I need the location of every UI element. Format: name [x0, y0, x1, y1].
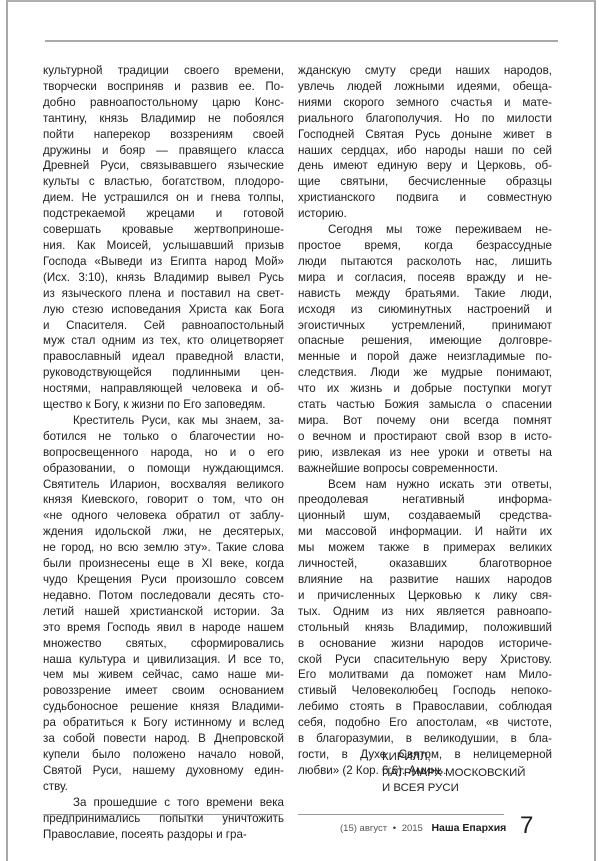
- text-line: рию, извлекая из нее уроки и ответы на: [298, 445, 552, 461]
- magazine-title: Наша Епархия: [431, 822, 506, 834]
- text-line: ботился не только о благочестии но-: [43, 429, 284, 445]
- text-line: Господней Святая Русь доныне живет в: [298, 127, 552, 143]
- text-line: (Исх. 3:10), князь Владимир вывел Русь: [43, 270, 284, 286]
- text-line: наша культура и цивилизация. И все то,: [43, 652, 284, 668]
- text-line: важнейшие вопросы современности.: [298, 461, 552, 477]
- text-line: творчески восприняв и развив ее. По-: [43, 79, 284, 95]
- text-line: летий нашей христианской истории. За: [43, 604, 284, 620]
- text-line: христианского подвига и совместную: [298, 190, 552, 206]
- text-line: руководствующейся подлинными цен-: [43, 365, 284, 381]
- text-line: ниями скорого земного счастья и мате-: [298, 95, 552, 111]
- text-line: ми массовой информации. И найти их: [298, 524, 552, 540]
- paragraph: культурной традиции своего времени,творч…: [43, 63, 284, 413]
- text-line: чем мы живем сейчас, само наше ми-: [43, 667, 284, 683]
- text-line: ционный шум, создаваемый средства-: [298, 508, 552, 524]
- footer-year: 2015: [402, 823, 423, 834]
- text-line: предпринимались попытки уничтожить: [43, 811, 284, 827]
- text-line: Всем нам нужно искать эти ответы,: [298, 477, 552, 493]
- text-line: исходя из сиюминутных настроений и: [298, 302, 552, 318]
- text-line: щие святыни, бесчисленные образцы: [298, 174, 552, 190]
- text-line: ству.: [43, 779, 284, 795]
- text-line: ской Руси спасительную веру Христову.: [298, 652, 552, 668]
- text-line: личностей, оказавших благотворное: [298, 556, 552, 572]
- text-line: ровоззрение имеет своим основанием: [43, 683, 284, 699]
- text-line: лую стезю исповедания Христа как Бога: [43, 302, 284, 318]
- signature-region: И ВСЕЯ РУСИ: [382, 781, 525, 797]
- left-column: культурной традиции своего времени,творч…: [43, 63, 284, 842]
- text-line: за собой повести народ. В Днепровской: [43, 731, 284, 747]
- text-line: культурной традиции своего времени,: [43, 63, 284, 79]
- text-line: ния. Как Моисей, услышавший призыв: [43, 238, 284, 254]
- right-column: жданскую смуту среди наших народов,увлеч…: [298, 63, 552, 779]
- text-line: Святой Руси, нашему духовному един-: [43, 763, 284, 779]
- text-line: Православие, посеять раздоры и гра-: [43, 827, 284, 843]
- bottom-rule-left: [43, 814, 283, 815]
- footer-issue: (15) август: [340, 823, 387, 834]
- signature-block: КИРИЛЛ, ПАТРИАРХ МОСКОВСКИЙ И ВСЕЯ РУСИ: [382, 750, 525, 797]
- text-line: культы с властью, богатством, плодоро-: [43, 174, 284, 190]
- text-line: щество к Богу, к жизни по Его заповедям.: [43, 397, 284, 413]
- signature-name: КИРИЛЛ,: [382, 750, 525, 766]
- footer-separator: •: [393, 823, 396, 834]
- text-line: «не одного человека обратил от заблу-: [43, 508, 284, 524]
- text-line: день имеют единую веру и Церковь, об-: [298, 158, 552, 174]
- text-line: тантину, князь Владимир не побоялся: [43, 111, 284, 127]
- text-line: о вечном и простирают свой взор в исто-: [298, 429, 552, 445]
- text-line: ра обратиться к Богу истинному и вслед: [43, 715, 284, 731]
- text-line: люди пытаются расколоть нас, лишить: [298, 254, 552, 270]
- text-line: из языческого плена и поставил на свет-: [43, 286, 284, 302]
- text-line: что их жизнь и добрые поступки могут: [298, 381, 552, 397]
- text-line: это время Господь явил в народе нашем: [43, 620, 284, 636]
- paragraph: жданскую смуту среди наших народов,увлеч…: [298, 63, 552, 222]
- text-line: подстрекаемой жрецами и готовой: [43, 206, 284, 222]
- bottom-rule-right: [298, 814, 504, 815]
- text-line: множество святых, сформировались: [43, 636, 284, 652]
- text-line: мы можем также в примерах великих: [298, 540, 552, 556]
- text-line: опасные решения, имеющие долговре-: [298, 333, 552, 349]
- text-line: были произнесены еще в XI веке, когда: [43, 556, 284, 572]
- text-line: тых. Одним из них является равноапо-: [298, 604, 552, 620]
- text-line: чудо Крещения Руси произошло совсем: [43, 572, 284, 588]
- text-line: князя Киевского, говорит о том, что он: [43, 492, 284, 508]
- text-line: образовании, о помощи нуждающимся.: [43, 461, 284, 477]
- text-line: недавно. Потом последовали десять сто-: [43, 588, 284, 604]
- text-line: лебимо стоять в Православии, соблюдая: [298, 699, 552, 715]
- text-line: не город, но всю землю эту». Такие слова: [43, 540, 284, 556]
- text-line: Сегодня мы тоже переживаем не-: [298, 222, 552, 238]
- text-line: эгоистичных устремлений, принимают: [298, 318, 552, 334]
- text-line: ждения идольской лжи, не десятерых,: [43, 524, 284, 540]
- paragraph: Креститель Руси, как мы знаем, за-ботилс…: [43, 413, 284, 795]
- top-rule: [45, 40, 558, 42]
- text-line: Его молитвами да поможет нам Мило-: [298, 667, 552, 683]
- text-line: мира и согласия, посеяв вражду и не-: [298, 270, 552, 286]
- text-line: и причисленных Церковью к лику свя-: [298, 588, 552, 604]
- text-line: увлечь людей ложными идеями, обеща-: [298, 79, 552, 95]
- text-line: муж стал одним из тех, кто олицетворяет: [43, 333, 284, 349]
- text-line: и Спасителя. Сей равноапостольный: [43, 318, 284, 334]
- text-line: в благоразумии, в великодушии, в бла-: [298, 731, 552, 747]
- text-line: судьбоносное решение князя Владими-: [43, 699, 284, 715]
- text-line: добно равноапостольному царю Конс-: [43, 95, 284, 111]
- text-line: Святитель Иларион, восхваляя великого: [43, 477, 284, 493]
- text-line: совершать кровавые жертвоприноше-: [43, 222, 284, 238]
- signature-title: ПАТРИАРХ МОСКОВСКИЙ: [382, 766, 525, 782]
- text-line: себя, подобно Его апостолам, «в чистоте,: [298, 715, 552, 731]
- text-line: вопросвещенного народа, но и о его: [43, 445, 284, 461]
- text-line: следствия. Люди же мудрые понимают,: [298, 365, 552, 381]
- text-line: ностями, направляющей человека и об-: [43, 381, 284, 397]
- text-line: дием. Не устрашился он и гнева толпы,: [43, 190, 284, 206]
- text-line: преодолевая негативный информа-: [298, 492, 552, 508]
- text-line: мира. Вот почему они всегда помнят: [298, 413, 552, 429]
- text-line: дружины и бояр — правящего класса: [43, 143, 284, 159]
- text-line: в основание жизни народов историче-: [298, 636, 552, 652]
- text-line: Господа «Выведи из Египта народ Мой»: [43, 254, 284, 270]
- paragraph: Всем нам нужно искать эти ответы,преодол…: [298, 477, 552, 779]
- text-line: стольный князь Владимир, положивший: [298, 620, 552, 636]
- text-line: влияние на развитие наших народов: [298, 572, 552, 588]
- text-line: За прошедшие с того времени века: [43, 795, 284, 811]
- text-line: нависть между братьями. Такие люди,: [298, 286, 552, 302]
- page-footer: (15) август • 2015 Наша Епархия: [340, 822, 504, 834]
- text-line: простое время, когда безрассудные: [298, 238, 552, 254]
- paragraph: За прошедшие с того времени векапредприн…: [43, 795, 284, 843]
- text-line: стивый Человеколюбец Господь непоко-: [298, 683, 552, 699]
- text-line: стать частью Божия замысла о спасении: [298, 397, 552, 413]
- text-line: риального благополучия. Но по милости: [298, 111, 552, 127]
- text-line: пойти наперекор воззрениям своей: [43, 127, 284, 143]
- text-line: наших сердцах, ибо народы наши по сей: [298, 143, 552, 159]
- text-line: историю.: [298, 206, 552, 222]
- text-line: православный идеал праведной власти,: [43, 349, 284, 365]
- text-line: Древней Руси, связывавшего языческие: [43, 158, 284, 174]
- text-line: менные и порой даже неизгладимые по-: [298, 349, 552, 365]
- text-line: Креститель Руси, как мы знаем, за-: [43, 413, 284, 429]
- paragraph: Сегодня мы тоже переживаем не-простое вр…: [298, 222, 552, 477]
- page-number: 7: [520, 812, 533, 840]
- text-line: жданскую смуту среди наших народов,: [298, 63, 552, 79]
- text-line: купели было положено начало новой,: [43, 747, 284, 763]
